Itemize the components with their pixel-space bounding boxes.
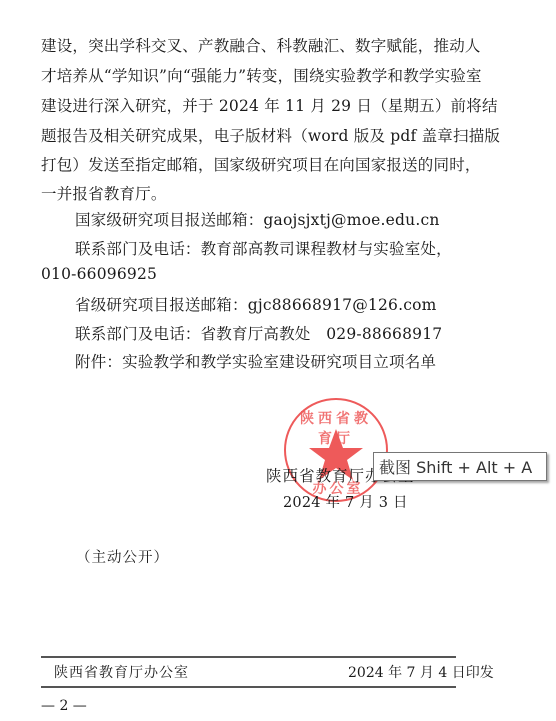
attachment-line: 附件：实验教学和教学实验室建设研究项目立项名单: [75, 350, 436, 372]
paragraph-line: 打包）发送至指定邮箱，国家级研究项目在向国家报送的同时，: [41, 153, 481, 175]
paragraph-line: 才培养从“学知识”向“强能力”转变，围绕实验教学和教学实验室: [41, 64, 482, 86]
disclosure-label: （主动公开）: [76, 546, 169, 567]
footer-bottom-rule: [41, 686, 456, 688]
provincial-contact-line: 联系部门及电话：省教育厅高教处 029-88668917: [75, 322, 442, 344]
screenshot-shortcut-tooltip: 截图 Shift + Alt + A: [373, 452, 547, 481]
page-number: — 2 —: [41, 698, 87, 714]
footer-issue-date: 2024 年 7 月 4 日印发: [348, 662, 494, 682]
signature-date: 2024 年 7 月 3 日: [283, 491, 408, 512]
footer-issuer: 陕西省教育厅办公室: [54, 662, 189, 682]
paragraph-line: 建设，突出学科交叉、产教融合、科教融汇、数字赋能，推动人: [41, 34, 481, 56]
seal-top-text: 陕西省教育厅: [300, 408, 372, 448]
paragraph-line: 题报告及相关研究成果，电子版材料（word 版及 pdf 盖章扫描版: [41, 124, 500, 146]
paragraph-line: 建设进行深入研究，并于 2024 年 11 月 29 日（星期五）前将结: [41, 94, 498, 116]
provincial-email-line: 省级研究项目报送邮箱：gjc88668917@126.com: [75, 293, 437, 315]
paragraph-line: 一并报省教育厅。: [41, 182, 167, 204]
national-phone: 010-66096925: [41, 265, 157, 283]
footer-top-rule: [41, 656, 456, 658]
national-email-line: 国家级研究项目报送邮箱：gaojsjxtj@moe.edu.cn: [75, 208, 440, 230]
national-contact-line: 联系部门及电话：教育部高教司课程教材与实验室处，: [75, 237, 452, 259]
